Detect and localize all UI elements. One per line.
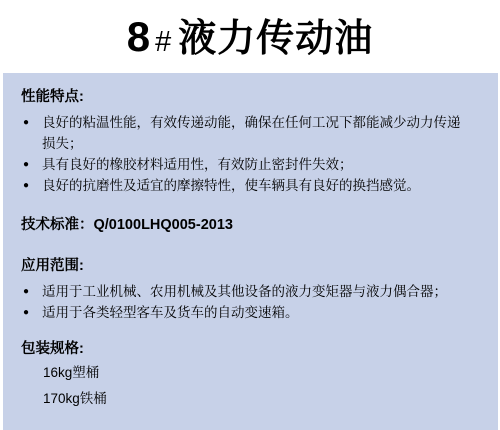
product-grade-number: 8: [127, 16, 150, 58]
product-info-sheet: 8 # 液力传动油 性能特点: ● 良好的粘温性能，有效传递动能，确保在任何工况…: [0, 0, 500, 430]
info-panel: 性能特点: ● 良好的粘温性能，有效传递动能，确保在任何工况下都能减少动力传递损…: [3, 73, 498, 430]
bullet-icon: ●: [23, 112, 42, 133]
bullet-icon: ●: [23, 281, 42, 302]
performance-heading: 性能特点:: [21, 89, 478, 105]
packaging-spec-line: 170kg铁桶: [43, 388, 478, 409]
performance-list: ● 良好的粘温性能，有效传递动能，确保在任何工况下都能减少动力传递损失； ● 具…: [21, 112, 478, 196]
technical-standard-line: 技术标准：Q/0100LHQ005-2013: [21, 215, 478, 236]
bullet-icon: ●: [23, 175, 42, 196]
list-item: ● 良好的抗磨性及适宜的摩擦特性，使车辆具有良好的换挡感觉。: [23, 175, 478, 196]
list-item-text: 适用于工业机械、农用机械及其他设备的液力变矩器与液力偶合器；: [42, 281, 447, 302]
product-title: 8 # 液力传动油: [127, 16, 374, 58]
packaging-spec-line: 16kg塑桶: [43, 362, 478, 383]
packaging-heading: 包装规格:: [21, 341, 478, 357]
list-item: ● 良好的粘温性能，有效传递动能，确保在任何工况下都能减少动力传递损失；: [23, 112, 478, 154]
list-item: ● 适用于工业机械、农用机械及其他设备的液力变矩器与液力偶合器；: [23, 281, 478, 302]
section-performance: 性能特点: ● 良好的粘温性能，有效传递动能，确保在任何工况下都能减少动力传递损…: [21, 89, 478, 196]
list-item-text: 良好的抗磨性及适宜的摩擦特性，使车辆具有良好的换挡感觉。: [42, 175, 420, 196]
hash-symbol: #: [155, 28, 171, 57]
technical-standard-label: 技术标准：: [21, 217, 94, 233]
list-item-text: 具有良好的橡胶材料适用性，有效防止密封件失效；: [42, 154, 353, 175]
list-item: ● 具有良好的橡胶材料适用性，有效防止密封件失效；: [23, 154, 478, 175]
bullet-icon: ●: [23, 154, 42, 175]
application-list: ● 适用于工业机械、农用机械及其他设备的液力变矩器与液力偶合器； ● 适用于各类…: [21, 281, 478, 323]
list-item-text: 良好的粘温性能，有效传递动能，确保在任何工况下都能减少动力传递损失；: [42, 112, 466, 154]
technical-standard-value: Q/0100LHQ005-2013: [94, 217, 233, 233]
product-name: 液力传动油: [178, 20, 373, 58]
application-heading: 应用范围:: [21, 258, 478, 274]
list-item-text: 适用于各类轻型客车及货车的自动变速箱。: [42, 302, 299, 323]
header: 8 # 液力传动油: [0, 0, 500, 73]
list-item: ● 适用于各类轻型客车及货车的自动变速箱。: [23, 302, 478, 323]
bullet-icon: ●: [23, 302, 42, 323]
section-application: 应用范围: ● 适用于工业机械、农用机械及其他设备的液力变矩器与液力偶合器； ●…: [21, 258, 478, 323]
section-packaging: 包装规格: 16kg塑桶 170kg铁桶: [21, 341, 478, 409]
